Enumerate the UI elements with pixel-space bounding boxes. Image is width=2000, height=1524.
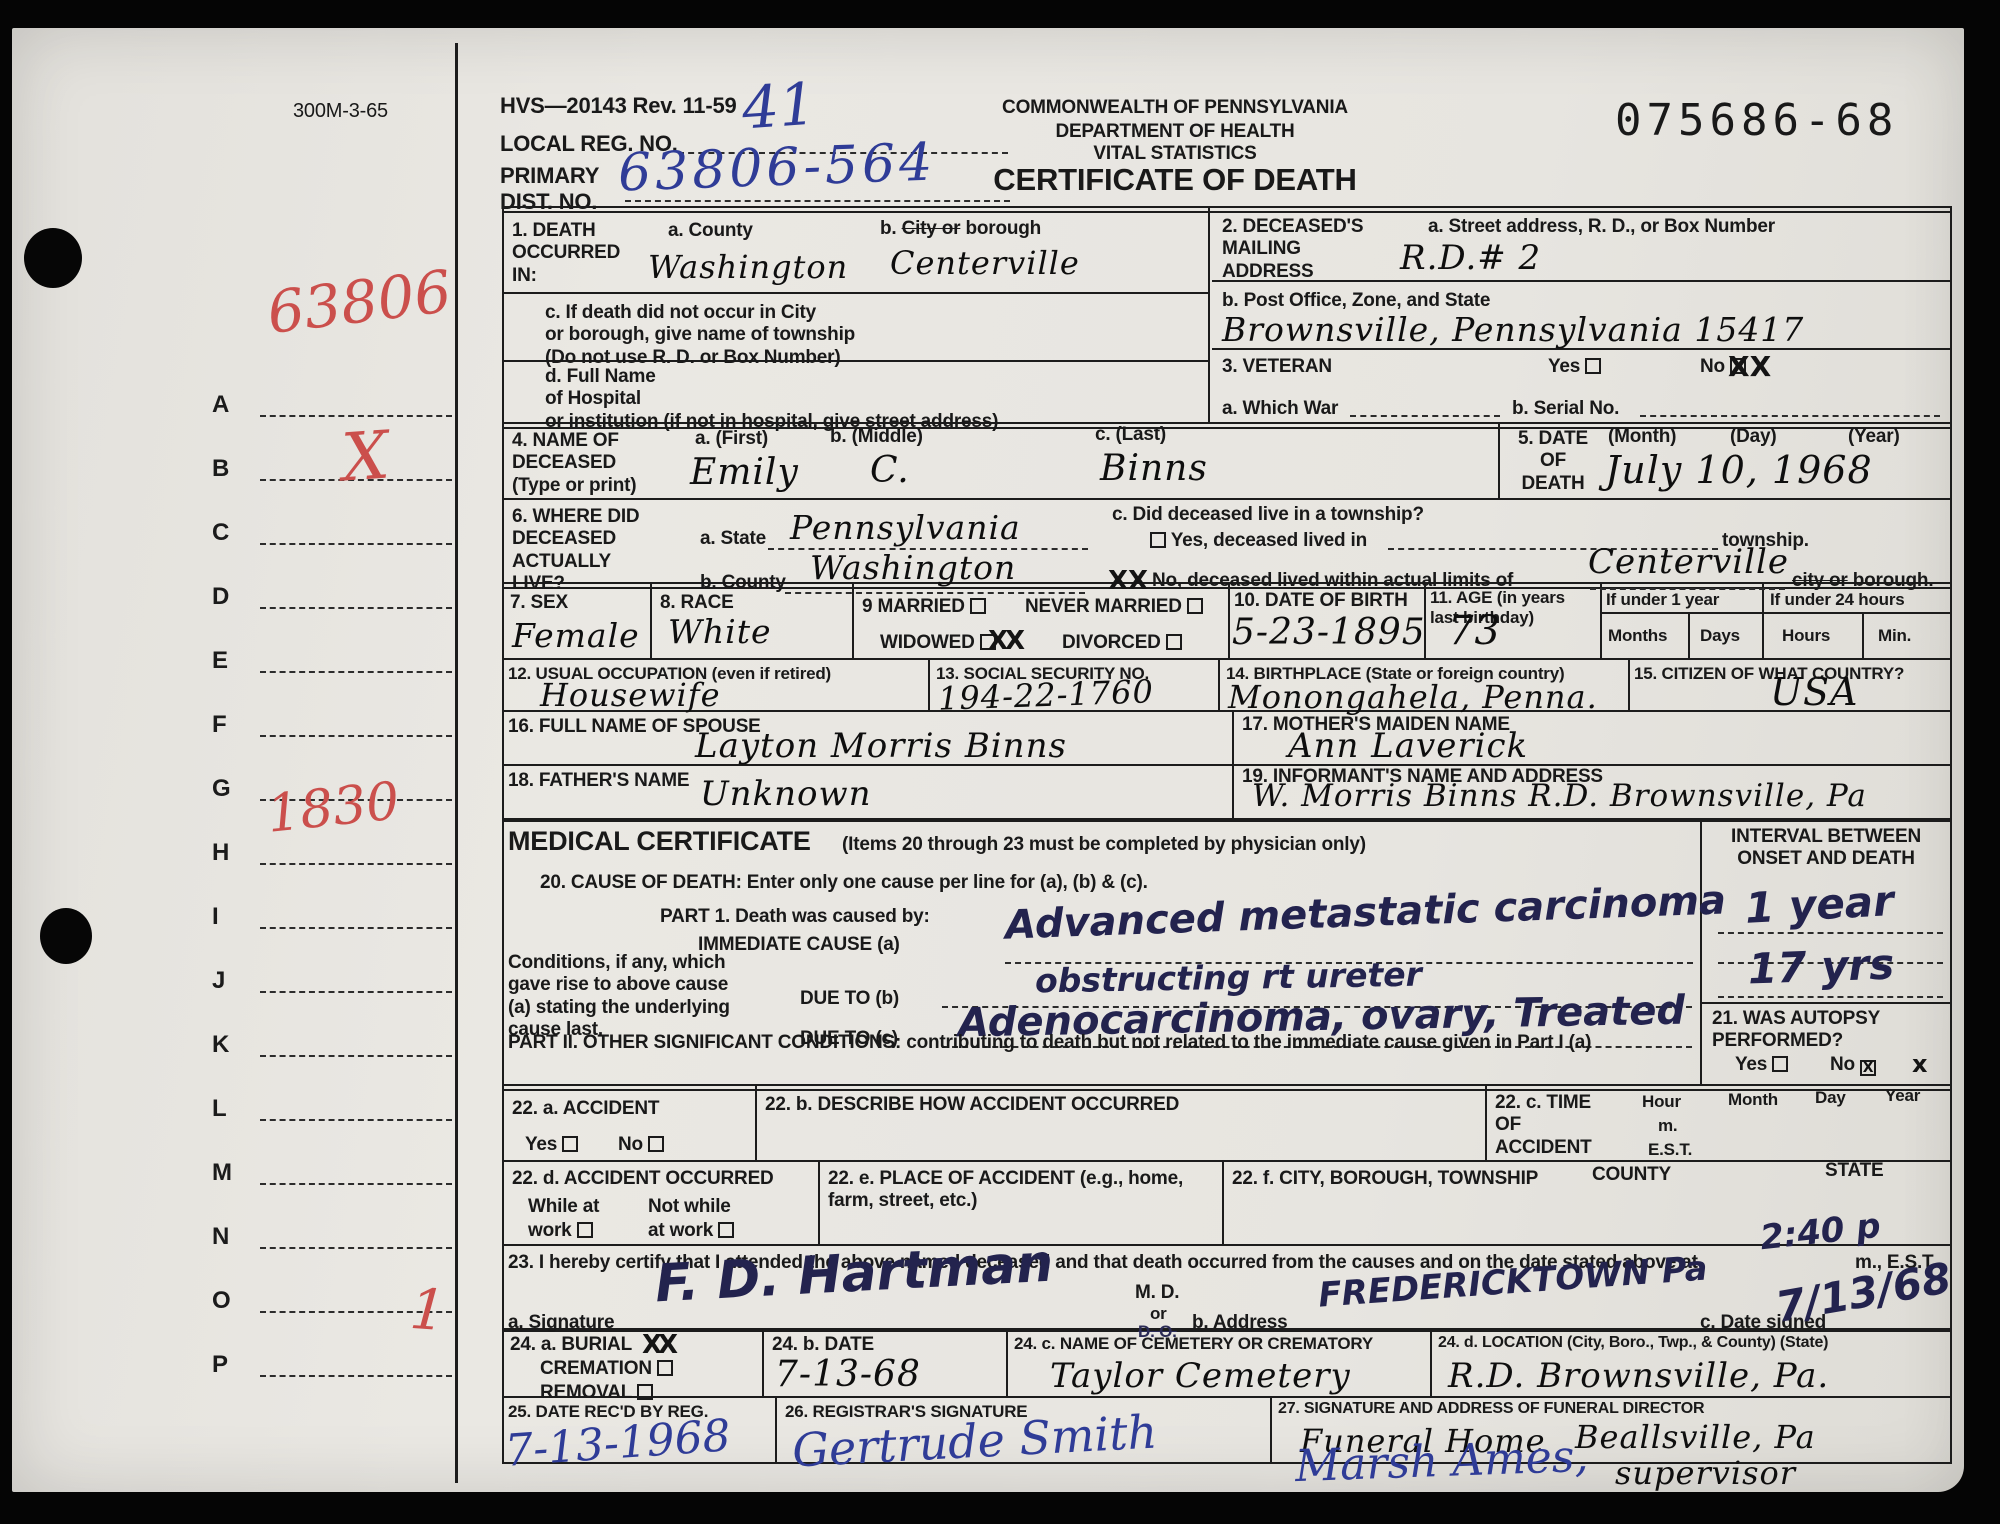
field-15-citizen-value: USA	[1770, 670, 1859, 714]
removal-checkbox	[637, 1384, 653, 1400]
autopsy-no-checkbox: X	[1860, 1060, 1876, 1076]
field-27-label: 27. SIGNATURE AND ADDRESS OF FUNERAL DIR…	[1278, 1400, 1704, 1419]
year-label: Year	[1885, 1086, 1920, 1106]
field-9-married-label: 9 MARRIED	[862, 596, 986, 618]
margin-stamp-1830: 1830	[264, 771, 402, 845]
autopsy-yes-checkbox	[1772, 1056, 1788, 1072]
field-2a-address-value: R.D.# 2	[1400, 238, 1541, 278]
part-2-label: PART II. OTHER SIGNIFICANT CONDITIONS: c…	[508, 1032, 1688, 1054]
divider-line	[1718, 996, 1943, 998]
not-while-at-work-checkbox	[718, 1222, 734, 1238]
interval-a-value: 1 year	[1744, 876, 1895, 933]
field-22f-label: 22. f. CITY, BOROUGH, TOWNSHIP	[1232, 1168, 1538, 1190]
field-12-occupation-value: Housewife	[540, 676, 721, 714]
margin-letter-line	[260, 1119, 452, 1121]
margin-letter-row: O	[12, 1287, 472, 1317]
field-11-age-value: 73	[1448, 608, 1501, 654]
divider-line	[1628, 658, 1630, 712]
margin-letter-line	[260, 735, 452, 737]
field-1a-county-value: Washington	[648, 248, 848, 286]
primary-dist-value: 63806-564	[617, 132, 937, 203]
divider-line	[785, 592, 1085, 594]
margin-letter: D	[212, 583, 229, 611]
margin-letter: P	[212, 1351, 228, 1379]
accident-no-checkbox	[648, 1136, 664, 1152]
field-1b-city-value: Centerville	[890, 244, 1080, 282]
state-label: STATE	[1825, 1160, 1883, 1182]
field-18-father-value: Unknown	[700, 774, 872, 814]
divider-line	[1762, 582, 1764, 660]
interval-header: INTERVAL BETWEEN ONSET AND DEATH	[1706, 826, 1946, 871]
married-checkbox	[970, 598, 986, 614]
field-10-birth-date-value: 5-23-1895	[1232, 612, 1426, 653]
divider-line	[1700, 818, 1702, 1086]
field-6c-yes-line: Yes, deceased lived in	[1150, 530, 1367, 552]
autopsy-no-label: No X	[1830, 1054, 1876, 1076]
divider-line	[1232, 764, 1234, 820]
divider-line	[762, 1328, 764, 1398]
margin-letter-line	[260, 415, 452, 417]
field-6b-county-value: Washington	[810, 548, 1016, 587]
field-3-label: 3. VETERAN	[1222, 356, 1332, 378]
margin-letter-row: K	[12, 1031, 472, 1061]
divider-line	[1498, 422, 1500, 500]
field-4b-middle-value: C.	[870, 450, 910, 491]
field-6a-label: a. State	[700, 528, 766, 550]
field-1a-label: a. County	[668, 220, 753, 242]
divider-line	[502, 292, 1208, 294]
field-2-label: 2. DECEASED'S MAILING ADDRESS	[1222, 216, 1382, 283]
certificate-number: 075686-68	[1615, 95, 1898, 147]
divider-line	[1862, 612, 1864, 660]
divider-line	[1006, 1328, 1008, 1398]
divorced-checkbox	[1166, 634, 1182, 650]
divider-line	[502, 206, 1952, 213]
field-8-race-value: White	[668, 612, 772, 651]
local-reg-value: 41	[740, 70, 818, 143]
divider-line	[775, 1396, 777, 1464]
accident-yes-checkbox	[562, 1136, 578, 1152]
funeral-director-signature-value: Marsh Ames,	[1294, 1431, 1589, 1492]
hour-label: Hour	[1642, 1092, 1681, 1112]
veteran-yes-checkbox	[1585, 358, 1601, 374]
burial-mark: XX	[642, 1330, 674, 1360]
interval-c-value: 17 yrs	[1747, 939, 1895, 993]
divider-line	[1208, 206, 1210, 424]
margin-letter-row: P	[12, 1351, 472, 1381]
field-22d-label: 22. d. ACCIDENT OCCURRED	[512, 1168, 774, 1190]
due-to-b-label: DUE TO (b)	[800, 988, 899, 1010]
divider-line	[1718, 932, 1943, 934]
margin-letter-line	[260, 927, 452, 929]
field-7-sex-value: Female	[512, 616, 640, 655]
margin-letter: O	[212, 1287, 231, 1315]
not-while-label: Not while	[648, 1196, 731, 1218]
burial-date-value: 7-13-68	[775, 1354, 921, 1395]
field-3a-label: a. Which War	[1222, 398, 1338, 420]
field-2b-postoffice-value: Brownsville, Pennsylvania 15417	[1222, 310, 1804, 349]
divider-line	[1688, 612, 1690, 660]
margin-letter: J	[212, 967, 225, 995]
under-1-year-label: If under 1 year	[1606, 590, 1719, 610]
margin-letter-line	[260, 1375, 452, 1377]
field-4c-label: c. (Last)	[1095, 424, 1166, 446]
part-1-label: PART 1. Death was caused by:	[660, 906, 930, 928]
divider-line	[928, 658, 930, 712]
margin-letter: I	[212, 903, 219, 931]
while-at-label: While at	[528, 1196, 599, 1218]
divider-line	[818, 1160, 820, 1246]
field-5-year-label: (Year)	[1848, 426, 1900, 448]
veteran-no-mark: XX	[1728, 350, 1771, 383]
form-code: 300M-3-65	[293, 100, 388, 124]
margin-letter-row: G	[12, 775, 472, 805]
divider-line	[1700, 1002, 1950, 1004]
margin-letter-row: J	[12, 967, 472, 997]
autopsy-no-extra-mark: x	[1912, 1050, 1927, 1078]
m-label: m.	[1658, 1116, 1677, 1136]
divider-line	[1228, 582, 1230, 660]
divider-line	[1222, 1160, 1224, 1246]
cemetery-value: Taylor Cemetery	[1050, 1356, 1351, 1396]
divider-line	[1218, 658, 1220, 712]
field-5-date-of-death-value: July 10, 1968	[1605, 448, 1873, 492]
margin-letter: E	[212, 647, 228, 675]
field-1d-label: d. Full Name of Hospital or institution …	[545, 366, 998, 433]
divider-line	[755, 1084, 757, 1162]
margin-letter-line	[260, 1247, 452, 1249]
conditions-label: Conditions, if any, which gave rise to a…	[508, 952, 730, 1042]
min-label: Min.	[1878, 626, 1911, 646]
field-22e-label: 22. e. PLACE OF ACCIDENT (e.g., home, fa…	[828, 1168, 1183, 1213]
scanned-death-certificate: { "header": { "form_code": "300M-3-65", …	[0, 0, 2000, 1524]
township-yes-checkbox	[1150, 532, 1166, 548]
field-21-label: 21. WAS AUTOPSY PERFORMED?	[1712, 1008, 1942, 1053]
months-label: Months	[1608, 626, 1667, 646]
margin-letter-row: L	[12, 1095, 472, 1125]
margin-letter-line	[260, 671, 452, 673]
punch-hole	[24, 228, 82, 288]
at-work-label: at work	[648, 1220, 734, 1242]
field-7-label: 7. SEX	[510, 592, 568, 614]
margin-letter-row: F	[12, 711, 472, 741]
field-6-label: 6. WHERE DID DECEASED ACTUALLY LIVE?	[512, 506, 682, 596]
accident-yes-label: Yes	[525, 1134, 578, 1156]
org-line-2: DEPARTMENT OF HEALTH	[950, 121, 1400, 143]
divider-line	[455, 43, 458, 1483]
margin-letter: M	[212, 1159, 232, 1187]
field-1c-label: c. If death did not occur in City or bor…	[545, 302, 855, 369]
margin-letter-line	[260, 991, 452, 993]
field-1b-label: b. City or borough	[880, 218, 1041, 240]
margin-letter-row: B	[12, 455, 472, 485]
divider-line	[1600, 582, 1602, 660]
margin-letter-line	[260, 543, 452, 545]
md-label: M. D.	[1135, 1282, 1179, 1304]
margin-letter-row: I	[12, 903, 472, 933]
field-4a-first-value: Emily	[690, 452, 799, 493]
funeral-director-role: supervisor	[1615, 1454, 1796, 1492]
field-3-yes-label: Yes	[1548, 356, 1601, 378]
field-2a-label: a. Street address, R. D., or Box Number	[1428, 216, 1775, 238]
medical-certificate-subtitle: (Items 20 through 23 must be completed b…	[842, 834, 1366, 856]
field-22c-label: 22. c. TIME OF ACCIDENT	[1495, 1092, 1592, 1159]
margin-letter-line	[260, 1055, 452, 1057]
township-no-mark: XX	[1108, 566, 1148, 596]
field-17-maiden-value: Ann Laverick	[1288, 726, 1528, 766]
field-6a-state-value: Pennsylvania	[790, 508, 1021, 547]
field-9-divorced-label: DIVORCED	[1062, 632, 1182, 654]
margin-letter-row: E	[12, 647, 472, 677]
medical-certificate-title: MEDICAL CERTIFICATE	[508, 826, 811, 858]
field-9-widowed-label: WIDOWED	[880, 632, 996, 654]
field-6c-label: c. Did deceased live in a township?	[1112, 504, 1424, 526]
widowed-mark: XX	[988, 626, 1022, 656]
divider-line	[1270, 1396, 1272, 1464]
field-5-label: 5. DATE OF DEATH	[1508, 428, 1598, 495]
divider-line	[502, 658, 1952, 660]
margin-letter-row: D	[12, 583, 472, 613]
day-label: Day	[1815, 1088, 1846, 1108]
field-24a-label: 24. a. BURIAL	[510, 1334, 632, 1356]
field-22a-label: 22. a. ACCIDENT	[512, 1098, 659, 1120]
cremation-checkbox	[657, 1360, 673, 1376]
field-24c-label: 24. c. NAME OF CEMETERY OR CREMATORY	[1014, 1334, 1373, 1354]
divider-line	[1430, 1328, 1432, 1398]
field-22b-label: 22. b. DESCRIBE HOW ACCIDENT OCCURRED	[765, 1094, 1179, 1116]
margin-letter-row: M	[12, 1159, 472, 1189]
margin-letter: N	[212, 1223, 229, 1251]
certificate-title: CERTIFICATE OF DEATH	[950, 162, 1400, 199]
field-5-month-label: (Month)	[1608, 426, 1676, 448]
never-married-checkbox	[1187, 598, 1203, 614]
margin-letter: L	[212, 1095, 227, 1123]
field-9-never-label: NEVER MARRIED	[1025, 596, 1203, 618]
work-label: work	[528, 1220, 593, 1242]
margin-letter: A	[212, 391, 229, 419]
divider-line	[502, 498, 1952, 500]
margin-letter-row: N	[12, 1223, 472, 1253]
field-20-label: 20. CAUSE OF DEATH: Enter only one cause…	[540, 872, 1148, 894]
cremation-label: CREMATION	[540, 1358, 673, 1380]
divider-line	[502, 206, 504, 1464]
divider-line	[1350, 415, 1500, 417]
divider-line	[502, 1160, 1952, 1162]
under-24-hours-label: If under 24 hours	[1770, 590, 1905, 610]
margin-letter: H	[212, 839, 229, 867]
divider-line	[502, 1244, 1952, 1246]
divider-line	[1640, 415, 1940, 417]
signature-label: a. Signature	[508, 1312, 614, 1334]
margin-stamp-number: 63806	[264, 257, 455, 347]
field-6c-limits-value: Centerville	[1588, 542, 1789, 582]
field-24d-label: 24. d. LOCATION (City, Boro., Twp., & Co…	[1438, 1334, 1828, 1353]
margin-letter-line	[260, 863, 452, 865]
while-at-work-checkbox	[577, 1222, 593, 1238]
margin-letter: F	[212, 711, 227, 739]
field-16-spouse-value: Layton Morris Binns	[695, 726, 1067, 766]
margin-letter: K	[212, 1031, 229, 1059]
field-13-ssn-value: 194-22-1760	[937, 672, 1154, 718]
margin-stamp-one: 1	[408, 1277, 448, 1344]
autopsy-yes-label: Yes	[1735, 1054, 1788, 1076]
field-10-label: 10. DATE OF BIRTH	[1234, 590, 1408, 612]
field-4c-last-value: Binns	[1100, 448, 1208, 489]
field-3b-label: b. Serial No.	[1512, 398, 1619, 420]
divider-line	[502, 1396, 1952, 1398]
margin-letter: B	[212, 455, 229, 483]
divider-line	[1600, 612, 1950, 614]
field-19-informant-value: W. Morris Binns R.D. Brownsville, Pa	[1252, 778, 1867, 814]
margin-letter-line	[260, 607, 452, 609]
margin-letter-row: H	[12, 839, 472, 869]
margin-letter-line	[260, 1183, 452, 1185]
margin-letter-row: C	[12, 519, 472, 549]
hours-label: Hours	[1782, 626, 1830, 646]
address-label: b. Address	[1192, 1312, 1288, 1334]
margin-stamp-x: X	[339, 416, 391, 496]
est-label: E.S.T.	[1648, 1140, 1692, 1160]
divider-line	[1485, 1084, 1487, 1162]
burial-location-value: R.D. Brownsville, Pa.	[1448, 1356, 1829, 1396]
county-label: COUNTY	[1592, 1164, 1671, 1186]
margin-letter: C	[212, 519, 229, 547]
field-5-day-label: (Day)	[1730, 426, 1777, 448]
margin-letter: G	[212, 775, 231, 803]
funeral-address-typed: Beallsville, Pa	[1575, 1418, 1816, 1456]
field-1-label: 1. DEATH OCCURRED IN:	[512, 220, 642, 287]
field-14-birthplace-value: Monongahela, Penna.	[1228, 678, 1598, 716]
field-4-label: 4. NAME OF DECEASED (Type or print)	[512, 430, 682, 497]
field-4a-label: a. (First)	[695, 428, 768, 450]
field-18-label: 18. FATHER'S NAME	[508, 770, 689, 792]
form-number: HVS—20143 Rev. 11-59	[500, 93, 737, 119]
margin-letter-row: A	[12, 391, 472, 421]
divider-line	[502, 818, 1952, 822]
org-line-1: COMMONWEALTH OF PENNSYLVANIA	[950, 97, 1400, 119]
month-label: Month	[1728, 1090, 1778, 1110]
field-4b-label: b. (Middle)	[830, 426, 923, 448]
days-label: Days	[1700, 626, 1740, 646]
accident-no-label: No	[618, 1134, 664, 1156]
divider-line	[1232, 710, 1234, 766]
